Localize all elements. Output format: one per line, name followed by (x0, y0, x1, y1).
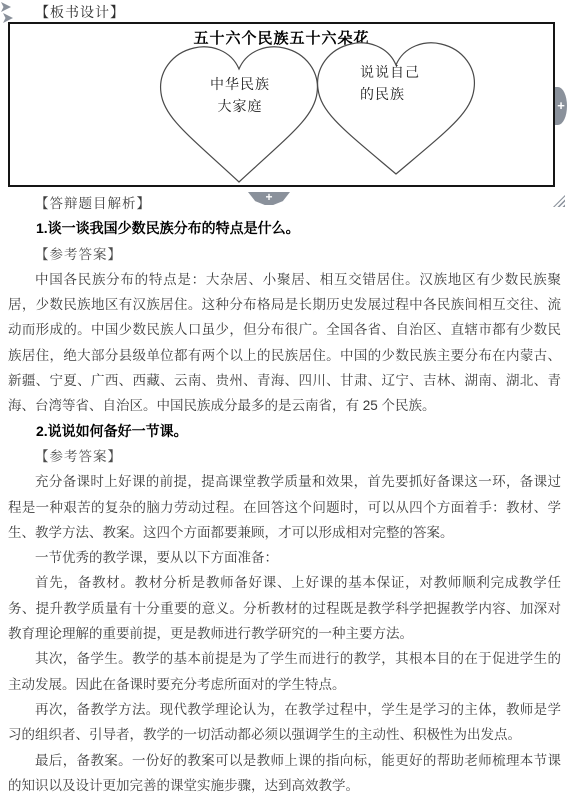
question-1-title: 1.谈一谈我国少数民族分布的特点是什么。 (8, 216, 561, 241)
answer-2-paragraph-1: 充分备课时上好课的前提，提高课堂教学质量和效果，首先要抓好备课这一环，备课过程是… (8, 469, 561, 545)
qa-analysis-section: 【答辩题目解析】 1.谈一谈我国少数民族分布的特点是什么。 【参考答案】 中国各… (0, 187, 567, 798)
plus-icon: + (265, 192, 272, 202)
heart-right-label: 说说自己 的民族 (360, 61, 420, 105)
heart-left-label: 中华民族 大家庭 (175, 73, 305, 117)
plus-icon: + (557, 100, 565, 112)
answer-2-paragraph-3: 首先，备教材。教材分析是教师备好课、上好课的基本保证，对教师顺利完成教学任务、提… (8, 570, 561, 646)
heart-left-line2: 大家庭 (175, 95, 305, 117)
move-handle-icon[interactable] (0, 2, 16, 24)
document-page: 【板书设计】 五十六个民族五十六朵花 中华民族 大家庭 说说自己 的民族 【答辩… (0, 0, 567, 807)
answer-2-paragraph-4: 其次，备学生。教学的基本前提是为了学生而进行的教学，其根本目的在于促进学生的主动… (8, 646, 561, 697)
reference-answer-label-2: 【参考答案】 (8, 444, 561, 469)
question-2-title: 2.说说如何备好一节课。 (8, 419, 561, 444)
answer-2-paragraph-5: 再次，备教学方法。现代教学理论认为，在教学过程中，学生是学习的主体，教师是学习的… (8, 697, 561, 748)
resize-grip-icon[interactable] (552, 194, 566, 208)
add-button-right[interactable]: + (555, 87, 567, 125)
answer-2-paragraph-6: 最后，备教案。一份好的教案可以是教师上课的指向标，能更好的帮助老师梳理本节课的知… (8, 748, 561, 799)
reference-answer-label-1: 【参考答案】 (8, 242, 561, 267)
answer-2-paragraph-2: 一节优秀的教学课，要从以下方面准备： (8, 545, 561, 570)
heart-left-line1: 中华民族 (175, 73, 305, 95)
answer-1-paragraph-1: 中国各民族分布的特点是：大杂居、小聚居、相互交错居住。汉族地区有少数民族聚居，少… (8, 267, 561, 419)
heart-right-line2: 的民族 (360, 83, 420, 105)
board-design-box: 五十六个民族五十六朵花 中华民族 大家庭 说说自己 的民族 (8, 22, 555, 187)
board-design-heading: 【板书设计】 (35, 0, 567, 22)
heart-right-line1: 说说自己 (360, 61, 420, 83)
